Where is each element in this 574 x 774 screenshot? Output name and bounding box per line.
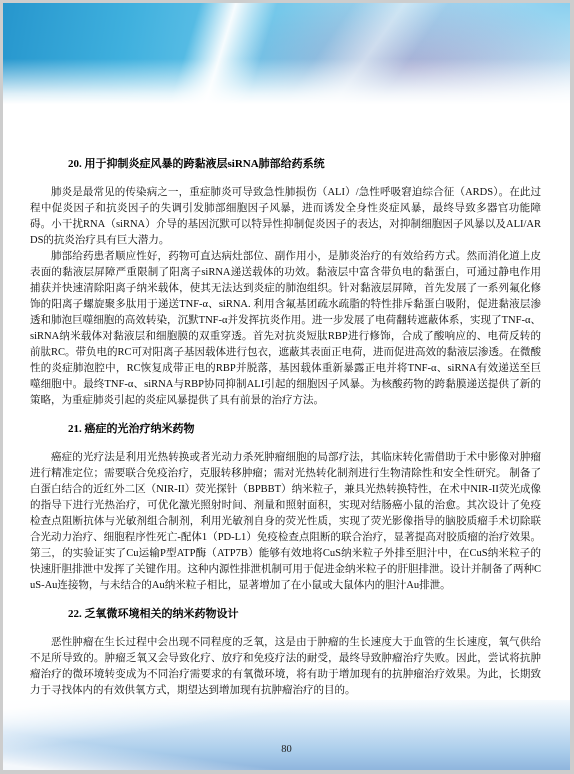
page-content: 20. 用于抑制炎症风暴的跨黏液层siRNA肺部给药系统 肺炎是最常见的传染病之… <box>3 104 570 699</box>
section-heading-21: 21. 癌症的光治疗纳米药物 <box>30 421 541 437</box>
section-heading-20: 20. 用于抑制炎症风暴的跨黏液层siRNA肺部给药系统 <box>30 156 541 172</box>
document-page: 20. 用于抑制炎症风暴的跨黏液层siRNA肺部给药系统 肺炎是最常见的传染病之… <box>0 0 574 774</box>
section-heading-22: 22. 乏氧微环境相关的纳米药物设计 <box>30 606 541 622</box>
header-decoration-waves <box>3 3 570 104</box>
section-20-paragraph-1: 肺炎是最常见的传染病之一，重症肺炎可导致急性肺损伤（ALI）/急性呼吸窘迫综合征… <box>30 185 541 249</box>
section-22-paragraph-1: 恶性肿瘤在生长过程中会出现不同程度的乏氧，这是由于肿瘤的生长速度大于血管的生长速… <box>30 635 541 699</box>
section-20-paragraph-2: 肺部给药患者顺应性好，药物可直达病灶部位、副作用小，是肺炎治疗的有效给药方式。然… <box>30 249 541 409</box>
page-number: 80 <box>3 744 570 755</box>
section-21-paragraph-1: 癌症的光疗法是利用光热转换或者光动力杀死肿瘤细胞的局部疗法，其临床转化需借助于术… <box>30 450 541 594</box>
footer-decoration-waves <box>3 700 570 770</box>
